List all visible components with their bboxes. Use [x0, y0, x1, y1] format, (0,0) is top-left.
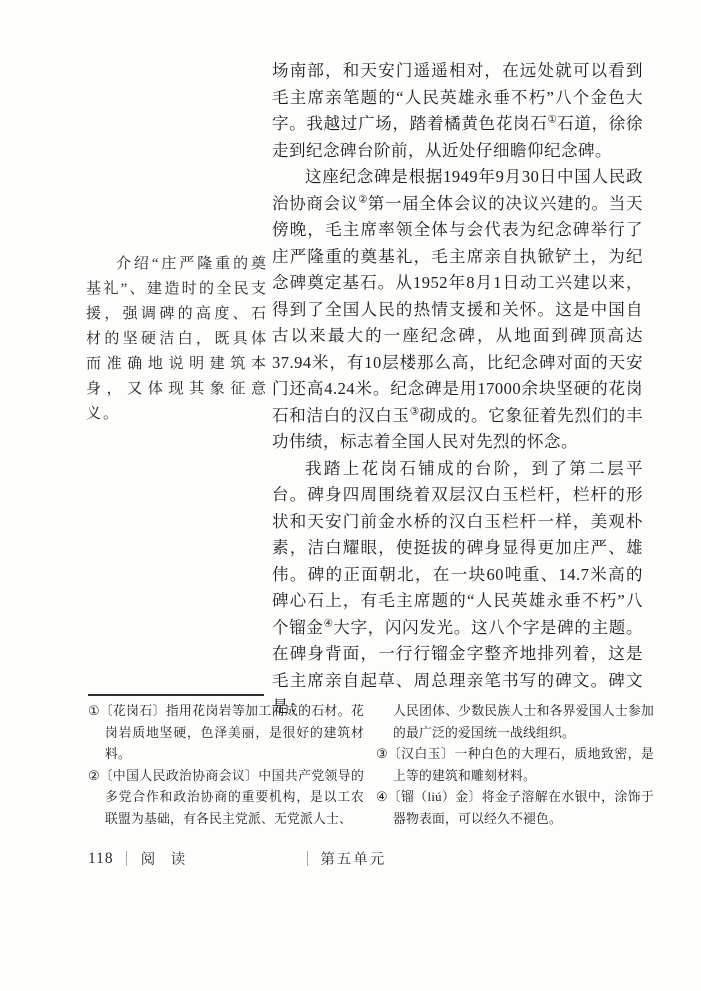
footer-divider	[307, 851, 308, 866]
page-number: 118	[88, 850, 114, 868]
footnote-ref: ④	[324, 618, 334, 629]
text-run: 第一届全体会议的决议兴建的。当天傍晚，毛主席率领全体与会代表为纪念碑举行了庄严隆…	[272, 194, 643, 425]
textbook-page: 介绍“庄严隆重的奠基礼”、建造时的全民支援，强调碑的高度、石材的坚硬洁白，既具体…	[0, 0, 701, 991]
footnote-ref: ②	[358, 194, 368, 205]
page-footer: 118 阅 读 第五单元	[88, 848, 386, 869]
footnotes-left-column: ①〔花岗石〕指用花岗岩等加工而成的石材。花岗岩质地坚硬，色泽美丽，是很好的建筑材…	[88, 701, 364, 830]
footnote-text: 人民团体、少数民族人士和各界爱国人士参加的最广泛的爱国统一战线组织。	[393, 704, 654, 740]
footnote-marker: ④	[376, 790, 388, 804]
footnote-ref: ③	[410, 406, 420, 417]
footnote-item: ③〔汉白玉〕一种白色的大理石，质地致密，是上等的建筑和雕刻材料。	[376, 744, 654, 787]
footnote-text: 〔花岗石〕指用花岗岩等加工而成的石材。花岗岩质地坚硬，色泽美丽，是很好的建筑材料…	[100, 704, 364, 761]
footnote-marker: ①	[88, 704, 100, 718]
footnote-item: 人民团体、少数民族人士和各界爱国人士参加的最广泛的爱国统一战线组织。	[376, 701, 654, 744]
footnote-item: ②〔中国人民政治协商会议〕中国共产党领导的多党合作和政治协商的重要机构，是以工农…	[88, 766, 364, 831]
footnotes: ①〔花岗石〕指用花岗岩等加工而成的石材。花岗岩质地坚硬，色泽美丽，是很好的建筑材…	[88, 701, 654, 830]
footer-divider	[126, 851, 127, 866]
paragraph: 这座纪念碑是根据1949年9月30日中国人民政治协商会议②第一届全体会议的决议兴…	[272, 164, 643, 456]
section-label: 阅 读	[141, 848, 192, 869]
margin-note: 介绍“庄严隆重的奠基礼”、建造时的全民支援，强调碑的高度、石材的坚硬洁白，既具体…	[86, 252, 268, 427]
footnote-item: ④〔镏（liú）金〕将金子溶解在水银中，涂饰于器物表面，可以经久不褪色。	[376, 787, 654, 830]
footnote-text: 〔镏（liú）金〕将金子溶解在水银中，涂饰于器物表面，可以经久不褪色。	[388, 790, 654, 826]
footnote-ref: ①	[548, 115, 558, 126]
footnote-item: ①〔花岗石〕指用花岗岩等加工而成的石材。花岗岩质地坚硬，色泽美丽，是很好的建筑材…	[88, 701, 364, 766]
unit-label: 第五单元	[320, 848, 386, 869]
paragraph: 我踏上花岗石铺成的台阶，到了第二层平台。碑身四周围绕着双层汉白玉栏杆，栏杆的形状…	[272, 456, 643, 721]
footnote-divider	[88, 694, 264, 696]
main-text: 场南部，和天安门遥遥相对，在远处就可以看到毛主席亲笔题的“人民英雄永垂不朽”八个…	[272, 58, 643, 721]
footnote-text: 〔中国人民政治协商会议〕中国共产党领导的多党合作和政治协商的重要机构，是以工农联…	[100, 769, 364, 826]
footnotes-right-column: 人民团体、少数民族人士和各界爱国人士参加的最广泛的爱国统一战线组织。③〔汉白玉〕…	[376, 701, 654, 830]
footnote-marker: ③	[376, 747, 388, 761]
footnote-marker: ②	[88, 769, 100, 783]
paragraph: 场南部，和天安门遥遥相对，在远处就可以看到毛主席亲笔题的“人民英雄永垂不朽”八个…	[272, 58, 643, 164]
footnote-text: 〔汉白玉〕一种白色的大理石，质地致密，是上等的建筑和雕刻材料。	[388, 747, 654, 783]
text-run: 我踏上花岗石铺成的台阶，到了第二层平台。碑身四周围绕着双层汉白玉栏杆，栏杆的形状…	[272, 459, 643, 637]
